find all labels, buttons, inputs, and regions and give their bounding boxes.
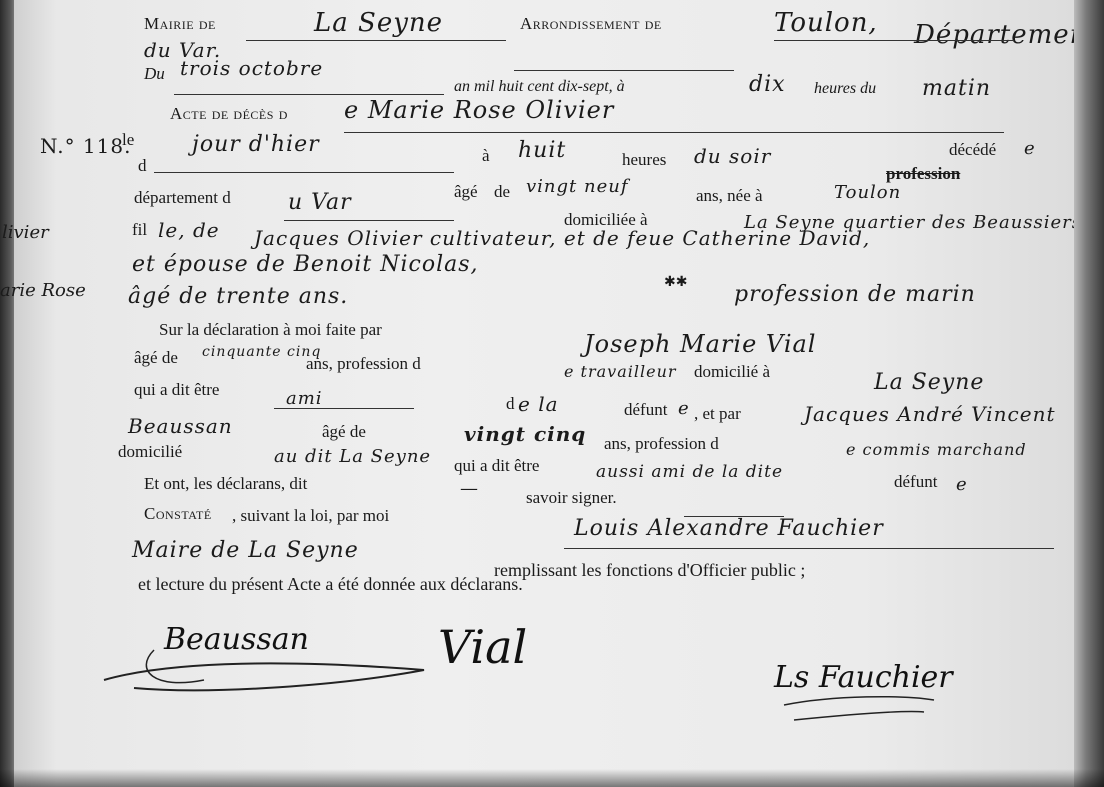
arrondissement-value: Toulon, — [774, 8, 878, 38]
declarant2-profession: e commis marchand — [846, 440, 1027, 459]
de-label: de — [494, 182, 510, 202]
le-label: le — [122, 130, 134, 150]
acte-label: Acte de décès d — [170, 104, 288, 124]
declarant2-domicile: au dit La Seyne — [274, 446, 431, 467]
rule — [514, 70, 734, 71]
ans-profession-2: ans, profession d — [604, 434, 719, 454]
signing-value: — — [460, 478, 479, 499]
rule — [284, 220, 454, 221]
departement-line-value: u Var — [288, 190, 352, 215]
d-label: d — [138, 156, 147, 176]
du-label: Du — [144, 64, 165, 84]
declarant1-name: Joseph Marie Vial — [584, 330, 816, 358]
death-day: jour d'hier — [192, 132, 320, 157]
death-hour: huit — [518, 138, 566, 163]
signature-flourish-icon — [94, 640, 454, 700]
declarant2-relation: aussi ami de la dite — [596, 462, 783, 482]
spouse-profession: profession de marin — [734, 282, 976, 307]
rule — [154, 172, 454, 173]
declarant2-age: vingt cinq — [464, 422, 586, 446]
ans-profession-1: ans, profession d — [306, 354, 421, 374]
defunt-suffix: e — [678, 398, 690, 419]
relation-label-1: qui a dit être — [134, 380, 219, 400]
parents-value: Jacques Olivier cultivateur, et de feue … — [254, 226, 870, 250]
day-value: trois octobre — [180, 56, 323, 80]
declarant2-name-line1: Jacques André Vincent — [804, 402, 1056, 426]
binding-edge-right — [1074, 0, 1104, 787]
rule — [344, 132, 1004, 133]
hour-suffix: heures du — [814, 80, 876, 98]
age-value: vingt neuf — [526, 176, 629, 197]
defunt-label: défunt — [624, 400, 667, 420]
departement-line-label: département d — [134, 188, 231, 208]
register-page: Mairie de La Seyne Arrondissement de Tou… — [14, 0, 1076, 787]
signature-vial: Vial — [438, 620, 527, 674]
domicilie-label-2: domicilié — [118, 442, 182, 462]
lecture-text: et lecture du présent Acte a été donnée … — [138, 574, 523, 595]
defunte-suffix: e — [956, 474, 968, 495]
birthplace-value: Toulon — [834, 182, 901, 203]
declaration-intro: Sur la déclaration à moi faite par — [159, 320, 382, 340]
mark-asterisk: ✱✱ — [664, 274, 687, 291]
spouse-value: et épouse de Benoit Nicolas, — [132, 252, 479, 277]
mairie-value: La Seyne — [314, 8, 443, 38]
arrondissement-label: Arrondissement de — [520, 14, 662, 34]
constate-label: Constaté — [144, 504, 212, 524]
mairie-label: Mairie de — [144, 14, 216, 34]
deceased-name: e Marie Rose Olivier — [344, 96, 614, 124]
signing-text-1: Et ont, les déclarans, dit — [144, 474, 307, 494]
year-text: an mil huit cent dix-sept, à — [454, 78, 625, 96]
domicilie-label-1: domicilié à — [694, 362, 770, 382]
hour-value: dix — [749, 72, 786, 97]
declarant1-domicile: La Seyne — [874, 370, 984, 395]
declarant1-relation: ami — [286, 388, 323, 409]
decede-suffix: e — [1024, 138, 1036, 159]
margin-note-2: arie Rose — [0, 280, 86, 301]
profession-label-struck: profession — [886, 164, 960, 184]
rule — [774, 40, 1014, 41]
fils-label: fil — [132, 220, 147, 240]
signing-text-2: savoir signer. — [526, 488, 617, 508]
signature-underline-icon — [754, 690, 954, 730]
a-label: à — [482, 146, 490, 166]
declarant1-profession: e travailleur — [564, 362, 677, 381]
decede-label: décédé — [949, 140, 996, 160]
age2-label: âgé de — [322, 422, 366, 442]
de-la-value: e la — [518, 392, 559, 416]
officer-title: Maire de La Seyne — [132, 538, 359, 563]
heures-label: heures — [622, 150, 666, 170]
et-par-label: , et par — [694, 404, 741, 424]
record-number: N.° 118. — [40, 134, 131, 158]
margin-note-1: livier — [2, 222, 49, 243]
scan-shadow — [0, 769, 1104, 787]
officer-name: Louis Alexandre Fauchier — [574, 516, 884, 541]
rule — [246, 40, 506, 41]
declarant1-age: cinquante cinq — [202, 344, 321, 360]
rule — [274, 408, 414, 409]
declarant2-name-line2: Beaussan — [128, 414, 233, 438]
period-value: matin — [922, 76, 991, 101]
constate-text: , suivant la loi, par moi — [232, 506, 389, 526]
defunte-label: défunt — [894, 472, 937, 492]
rule — [174, 94, 444, 95]
relation-label-2: qui a dit être — [454, 456, 539, 476]
rule — [564, 548, 1054, 549]
departement-label: Département — [914, 20, 1099, 50]
spouse-age: âgé de trente ans. — [128, 284, 348, 309]
fils-suffix: le, de — [158, 218, 220, 242]
ans-label: ans, née à — [696, 186, 763, 206]
de-la-label: d — [506, 394, 515, 414]
age-label: âgé — [454, 182, 478, 202]
death-period: du soir — [694, 144, 771, 168]
age1-label: âgé de — [134, 348, 178, 368]
remplissant-text: remplissant les fonctions d'Officier pub… — [494, 560, 805, 581]
